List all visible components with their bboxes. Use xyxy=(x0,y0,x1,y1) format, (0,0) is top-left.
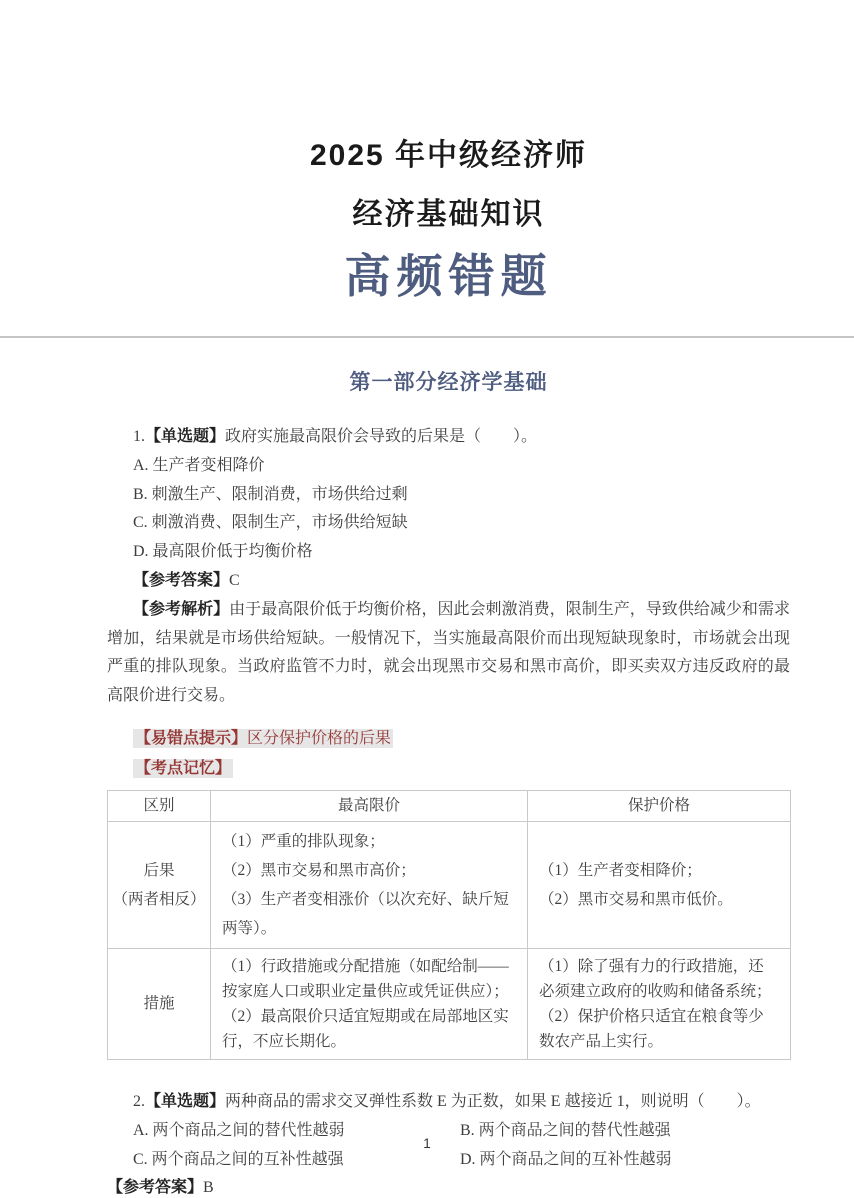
question-2-answer: B xyxy=(203,1179,214,1196)
measures-protect-price: （1）除了强有力的行政措施，还必须建立政府的收购和储备系统； （2）保护价格只适… xyxy=(528,948,791,1059)
row-label-consequences: 后果 （两者相反） xyxy=(108,821,211,948)
question-2-stem: 两种商品的需求交叉弹性系数 E 为正数，如果 E 越接近 1，则说明（ ）。 xyxy=(225,1093,761,1110)
header-divider xyxy=(0,336,854,338)
row-label-measures: 措施 xyxy=(108,948,211,1059)
question-2-type-tag: 【单选题】 xyxy=(145,1093,225,1110)
question-1-number: 1. xyxy=(133,428,145,445)
doc-title-year: 2025 年中级经济师 xyxy=(107,140,790,172)
memory-tip-label: 【考点记忆】 xyxy=(135,760,231,777)
question-1-answer-line: 【参考答案】C xyxy=(107,567,790,596)
consequences-max-price: （1）严重的排队现象； （2）黑市交易和黑市高价； （3）生产者变相涨价（以次充… xyxy=(211,821,528,948)
question-1-stem-line: 1.【单选题】政府实施最高限价会导致的后果是（ ）。 xyxy=(107,423,790,452)
error-tip-line: 【易错点提示】区分保护价格的后果 xyxy=(107,726,790,751)
question-1-option-d: D. 最高限价低于均衡价格 xyxy=(107,538,790,567)
measures-max-price: （1）行政措施或分配措施（如配给制——按家庭人口或职业定量供应或凭证供应）； （… xyxy=(211,948,528,1059)
table-row-consequences: 后果 （两者相反） （1）严重的排队现象； （2）黑市交易和黑市高价； （3）生… xyxy=(108,821,791,948)
question-1-type-tag: 【单选题】 xyxy=(145,428,225,445)
consequences-protect-price: （1）生产者变相降价； （2）黑市交易和黑市低价。 xyxy=(528,821,791,948)
question-2-answer-line: 【参考答案】B xyxy=(107,1174,790,1198)
document-page: 2025 年中级经济师 经济基础知识 高频错题 第一部分经济学基础 1.【单选题… xyxy=(0,0,854,1198)
table-header-row: 区别 最高限价 保护价格 xyxy=(108,790,791,821)
section-title: 第一部分经济学基础 xyxy=(107,370,790,394)
error-tip-label: 【易错点提示】 xyxy=(135,730,247,747)
question-1-option-a: A. 生产者变相降价 xyxy=(107,452,790,481)
document-content: 1.【单选题】政府实施最高限价会导致的后果是（ ）。 A. 生产者变相降价 B.… xyxy=(107,423,790,1198)
error-tip-text: 区分保护价格的后果 xyxy=(247,730,391,747)
question-1-answer-label: 【参考答案】 xyxy=(133,572,229,589)
table-header-protect-price: 保护价格 xyxy=(528,790,791,821)
question-1-analysis-label: 【参考解析】 xyxy=(133,601,229,618)
doc-title-main: 高频错题 xyxy=(107,252,790,302)
question-1-option-c: C. 刺激消费、限制生产，市场供给短缺 xyxy=(107,509,790,538)
page-number: 1 xyxy=(0,1136,854,1151)
table-row-measures: 措施 （1）行政措施或分配措施（如配给制——按家庭人口或职业定量供应或凭证供应）… xyxy=(108,948,791,1059)
table-header-max-price: 最高限价 xyxy=(211,790,528,821)
question-2-number: 2. xyxy=(133,1093,145,1110)
keypoint-table: 区别 最高限价 保护价格 后果 （两者相反） （1）严重的排队现象； （2）黑市… xyxy=(107,790,791,1060)
table-header-distinction: 区别 xyxy=(108,790,211,821)
doc-header: 2025 年中级经济师 经济基础知识 高频错题 xyxy=(107,0,790,302)
memory-tip-line: 【考点记忆】 xyxy=(107,756,790,781)
question-1-analysis-line: 【参考解析】由于最高限价低于均衡价格，因此会刺激消费，限制生产，导致供给减少和需… xyxy=(107,596,790,711)
memory-tip-highlight: 【考点记忆】 xyxy=(133,759,233,778)
question-1-answer: C xyxy=(229,572,240,589)
question-2-answer-label: 【参考答案】 xyxy=(107,1179,203,1196)
question-2-stem-line: 2.【单选题】两种商品的需求交叉弹性系数 E 为正数，如果 E 越接近 1，则说… xyxy=(107,1088,790,1117)
question-1-stem: 政府实施最高限价会导致的后果是（ ）。 xyxy=(225,428,537,445)
question-1: 1.【单选题】政府实施最高限价会导致的后果是（ ）。 A. 生产者变相降价 B.… xyxy=(107,423,790,711)
doc-title-subject: 经济基础知识 xyxy=(107,199,790,231)
error-tip-highlight: 【易错点提示】区分保护价格的后果 xyxy=(133,729,393,748)
question-1-option-b: B. 刺激生产、限制消费，市场供给过剩 xyxy=(107,481,790,510)
